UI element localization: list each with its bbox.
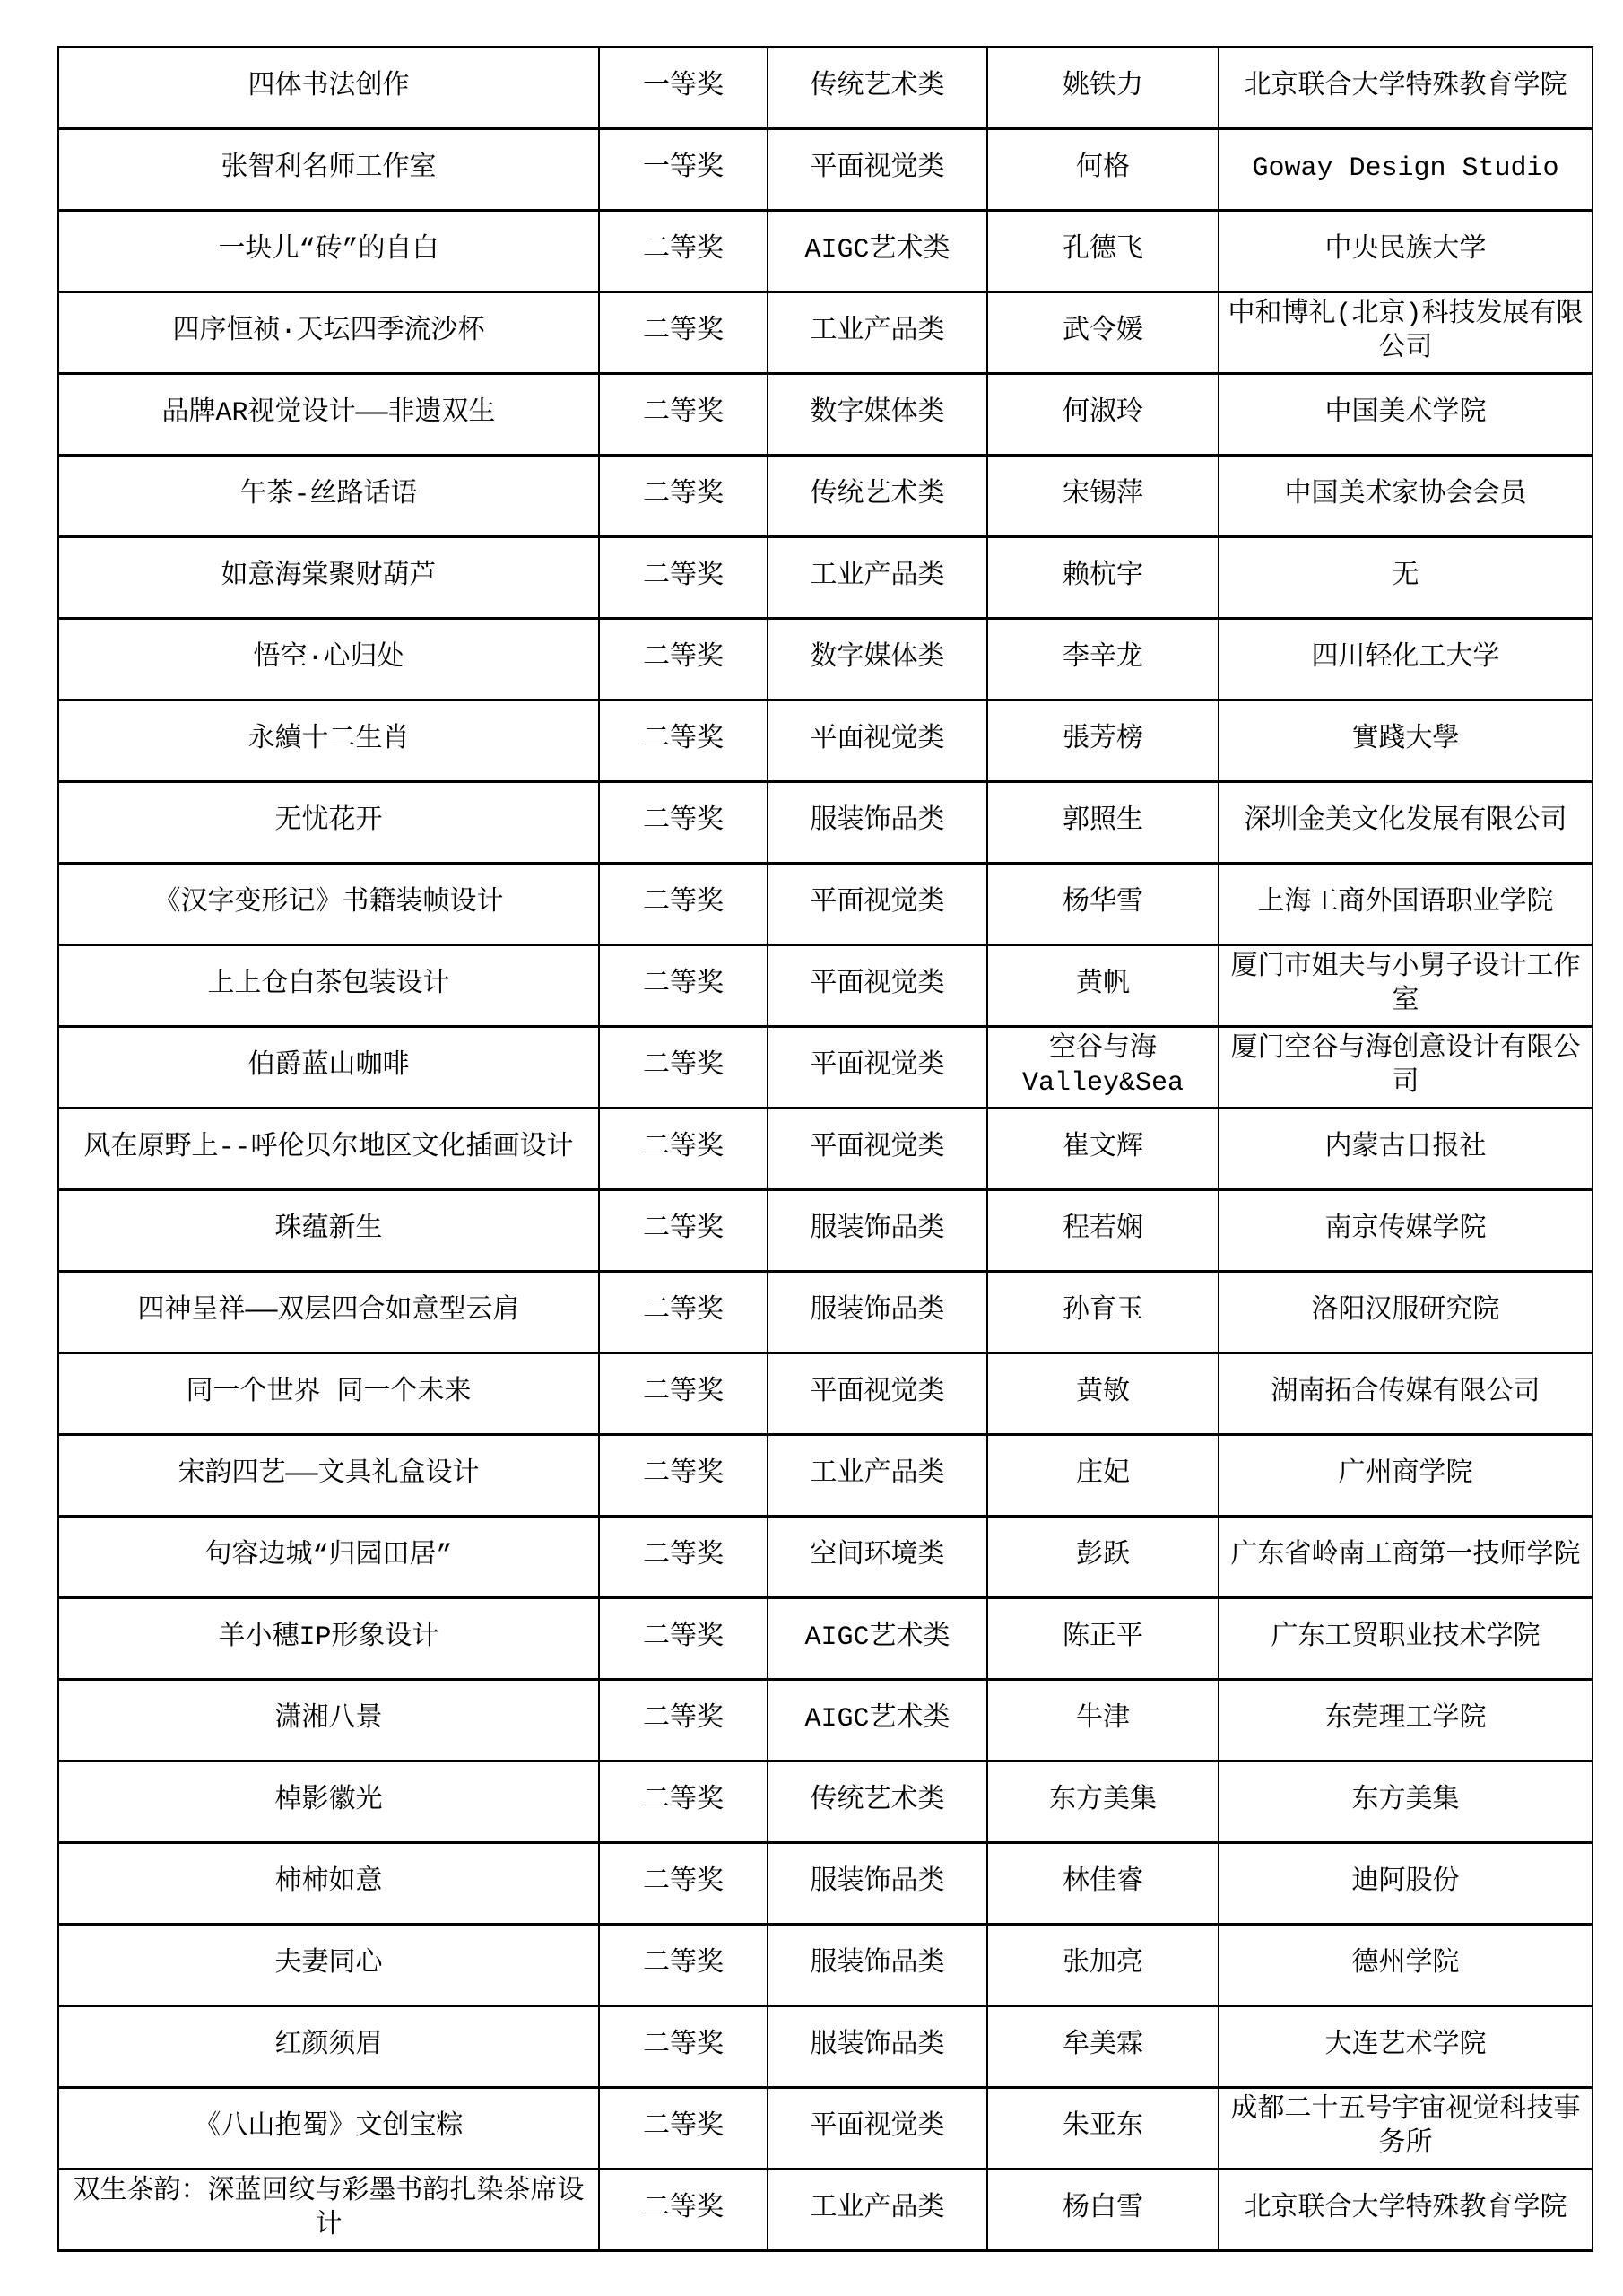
category-cell: 平面视觉类 xyxy=(768,945,987,1027)
awards-table-body: 四体书法创作一等奖传统艺术类姚铁力北京联合大学特殊教育学院张智利名师工作室一等奖… xyxy=(58,48,1593,2251)
award-level-cell: 二等奖 xyxy=(599,1109,768,1190)
award-level-cell: 二等奖 xyxy=(599,1598,768,1680)
table-row: 宋韵四艺——文具礼盒设计二等奖工业产品类庄妃广州商学院 xyxy=(58,1435,1593,1517)
award-level-cell: 一等奖 xyxy=(599,129,768,211)
table-row: 《汉字变形记》书籍装帧设计二等奖平面视觉类杨华雪上海工商外国语职业学院 xyxy=(58,864,1593,945)
work-title-cell: 红颜须眉 xyxy=(58,2006,599,2088)
category-cell: 数字媒体类 xyxy=(768,619,987,700)
organization-cell: 湖南拓合传媒有限公司 xyxy=(1219,1353,1593,1435)
organization-cell: 洛阳汉服研究院 xyxy=(1219,1272,1593,1353)
author-cell: 武令媛 xyxy=(987,292,1219,374)
organization-cell: 广东工贸职业技术学院 xyxy=(1219,1598,1593,1680)
author-cell: 牛津 xyxy=(987,1680,1219,1761)
category-cell: 传统艺术类 xyxy=(768,456,987,537)
author-cell: 李辛龙 xyxy=(987,619,1219,700)
work-title-cell: 潇湘八景 xyxy=(58,1680,599,1761)
organization-cell: 南京传媒学院 xyxy=(1219,1190,1593,1272)
work-title-cell: 四神呈祥——双层四合如意型云肩 xyxy=(58,1272,599,1353)
author-cell: 杨白雪 xyxy=(987,2170,1219,2251)
author-cell: 黄帆 xyxy=(987,945,1219,1027)
category-cell: 服装饰品类 xyxy=(768,1925,987,2006)
author-cell: 宋锡萍 xyxy=(987,456,1219,537)
author-cell: 林佳睿 xyxy=(987,1843,1219,1925)
category-cell: 平面视觉类 xyxy=(768,864,987,945)
work-title-cell: 午茶-丝路话语 xyxy=(58,456,599,537)
work-title-cell: 双生茶韵：深蓝回纹与彩墨书韵扎染茶席设计 xyxy=(58,2170,599,2251)
table-row: 上上仓白茶包装设计二等奖平面视觉类黄帆厦门市姐夫与小舅子设计工作室 xyxy=(58,945,1593,1027)
author-cell: 郭照生 xyxy=(987,782,1219,864)
work-title-cell: 夫妻同心 xyxy=(58,1925,599,2006)
organization-cell: 迪阿股份 xyxy=(1219,1843,1593,1925)
author-cell: 崔文辉 xyxy=(987,1109,1219,1190)
category-cell: 平面视觉类 xyxy=(768,1353,987,1435)
author-cell: 张加亮 xyxy=(987,1925,1219,2006)
work-title-cell: 四序恒祯·天坛四季流沙杯 xyxy=(58,292,599,374)
organization-cell: 厦门空谷与海创意设计有限公司 xyxy=(1219,1027,1593,1109)
author-cell: 程若娴 xyxy=(987,1190,1219,1272)
organization-cell: 广州商学院 xyxy=(1219,1435,1593,1517)
table-row: 四神呈祥——双层四合如意型云肩二等奖服装饰品类孙育玉洛阳汉服研究院 xyxy=(58,1272,1593,1353)
organization-cell: 东莞理工学院 xyxy=(1219,1680,1593,1761)
category-cell: 数字媒体类 xyxy=(768,374,987,456)
table-row: 品牌AR视觉设计——非遗双生二等奖数字媒体类何淑玲中国美术学院 xyxy=(58,374,1593,456)
award-level-cell: 二等奖 xyxy=(599,700,768,782)
author-cell: 牟美霖 xyxy=(987,2006,1219,2088)
award-level-cell: 二等奖 xyxy=(599,1353,768,1435)
award-level-cell: 二等奖 xyxy=(599,1925,768,2006)
author-cell: 空谷与海 Valley&Sea xyxy=(987,1027,1219,1109)
awards-table: 四体书法创作一等奖传统艺术类姚铁力北京联合大学特殊教育学院张智利名师工作室一等奖… xyxy=(57,46,1593,2252)
work-title-cell: 柿柿如意 xyxy=(58,1843,599,1925)
table-row: 同一个世界 同一个未来二等奖平面视觉类黄敏湖南拓合传媒有限公司 xyxy=(58,1353,1593,1435)
author-cell: 庄妃 xyxy=(987,1435,1219,1517)
category-cell: 工业产品类 xyxy=(768,537,987,619)
work-title-cell: 羊小穗IP形象设计 xyxy=(58,1598,599,1680)
category-cell: 服装饰品类 xyxy=(768,2006,987,2088)
organization-cell: 中国美术家协会会员 xyxy=(1219,456,1593,537)
award-level-cell: 二等奖 xyxy=(599,1680,768,1761)
work-title-cell: 一块儿“砖”的自白 xyxy=(58,211,599,292)
author-cell: 杨华雪 xyxy=(987,864,1219,945)
award-level-cell: 二等奖 xyxy=(599,2170,768,2251)
award-level-cell: 二等奖 xyxy=(599,537,768,619)
award-level-cell: 二等奖 xyxy=(599,374,768,456)
author-cell: 孔德飞 xyxy=(987,211,1219,292)
organization-cell: 成都二十五号宇宙视觉科技事务所 xyxy=(1219,2088,1593,2170)
award-level-cell: 二等奖 xyxy=(599,782,768,864)
award-level-cell: 二等奖 xyxy=(599,2088,768,2170)
table-row: 张智利名师工作室一等奖平面视觉类何格Goway Design Studio xyxy=(58,129,1593,211)
category-cell: 服装饰品类 xyxy=(768,1272,987,1353)
table-row: 悟空·心归处二等奖数字媒体类李辛龙四川轻化工大学 xyxy=(58,619,1593,700)
table-row: 午茶-丝路话语二等奖传统艺术类宋锡萍中国美术家协会会员 xyxy=(58,456,1593,537)
author-cell: 东方美集 xyxy=(987,1761,1219,1843)
organization-cell: Goway Design Studio xyxy=(1219,129,1593,211)
award-level-cell: 二等奖 xyxy=(599,945,768,1027)
organization-cell: 深圳金美文化发展有限公司 xyxy=(1219,782,1593,864)
author-cell: 朱亚东 xyxy=(987,2088,1219,2170)
work-title-cell: 品牌AR视觉设计——非遗双生 xyxy=(58,374,599,456)
work-title-cell: 《八山抱蜀》文创宝粽 xyxy=(58,2088,599,2170)
author-cell: 陈正平 xyxy=(987,1598,1219,1680)
author-cell: 彭跃 xyxy=(987,1517,1219,1598)
category-cell: AIGC艺术类 xyxy=(768,211,987,292)
work-title-cell: 宋韵四艺——文具礼盒设计 xyxy=(58,1435,599,1517)
work-title-cell: 永續十二生肖 xyxy=(58,700,599,782)
table-row: 一块儿“砖”的自白二等奖AIGC艺术类孔德飞中央民族大学 xyxy=(58,211,1593,292)
work-title-cell: 句容边城“归园田居” xyxy=(58,1517,599,1598)
organization-cell: 中国美术学院 xyxy=(1219,374,1593,456)
organization-cell: 东方美集 xyxy=(1219,1761,1593,1843)
work-title-cell: 伯爵蓝山咖啡 xyxy=(58,1027,599,1109)
category-cell: 平面视觉类 xyxy=(768,1109,987,1190)
table-row: 潇湘八景二等奖AIGC艺术类牛津东莞理工学院 xyxy=(58,1680,1593,1761)
award-level-cell: 二等奖 xyxy=(599,211,768,292)
table-row: 无忧花开二等奖服装饰品类郭照生深圳金美文化发展有限公司 xyxy=(58,782,1593,864)
award-level-cell: 二等奖 xyxy=(599,292,768,374)
author-cell: 孙育玉 xyxy=(987,1272,1219,1353)
organization-cell: 實踐大學 xyxy=(1219,700,1593,782)
table-row: 四序恒祯·天坛四季流沙杯二等奖工业产品类武令媛中和博礼(北京)科技发展有限公司 xyxy=(58,292,1593,374)
category-cell: 平面视觉类 xyxy=(768,129,987,211)
category-cell: 平面视觉类 xyxy=(768,700,987,782)
award-level-cell: 二等奖 xyxy=(599,1761,768,1843)
table-row: 句容边城“归园田居”二等奖空间环境类彭跃广东省岭南工商第一技师学院 xyxy=(58,1517,1593,1598)
category-cell: 服装饰品类 xyxy=(768,1843,987,1925)
work-title-cell: 悟空·心归处 xyxy=(58,619,599,700)
category-cell: 平面视觉类 xyxy=(768,1027,987,1109)
award-level-cell: 二等奖 xyxy=(599,456,768,537)
organization-cell: 北京联合大学特殊教育学院 xyxy=(1219,2170,1593,2251)
organization-cell: 四川轻化工大学 xyxy=(1219,619,1593,700)
table-row: 如意海棠聚财葫芦二等奖工业产品类赖杭宇无 xyxy=(58,537,1593,619)
work-title-cell: 张智利名师工作室 xyxy=(58,129,599,211)
category-cell: 空间环境类 xyxy=(768,1517,987,1598)
table-row: 双生茶韵：深蓝回纹与彩墨书韵扎染茶席设计二等奖工业产品类杨白雪北京联合大学特殊教… xyxy=(58,2170,1593,2251)
table-row: 棹影徽光二等奖传统艺术类东方美集东方美集 xyxy=(58,1761,1593,1843)
organization-cell: 厦门市姐夫与小舅子设计工作室 xyxy=(1219,945,1593,1027)
organization-cell: 无 xyxy=(1219,537,1593,619)
category-cell: 工业产品类 xyxy=(768,292,987,374)
award-level-cell: 二等奖 xyxy=(599,1435,768,1517)
work-title-cell: 如意海棠聚财葫芦 xyxy=(58,537,599,619)
work-title-cell: 珠蕴新生 xyxy=(58,1190,599,1272)
organization-cell: 内蒙古日报社 xyxy=(1219,1109,1593,1190)
organization-cell: 上海工商外国语职业学院 xyxy=(1219,864,1593,945)
table-row: 《八山抱蜀》文创宝粽二等奖平面视觉类朱亚东成都二十五号宇宙视觉科技事务所 xyxy=(58,2088,1593,2170)
category-cell: 工业产品类 xyxy=(768,2170,987,2251)
author-cell: 姚铁力 xyxy=(987,48,1219,129)
table-row: 风在原野上--呼伦贝尔地区文化插画设计二等奖平面视觉类崔文辉内蒙古日报社 xyxy=(58,1109,1593,1190)
work-title-cell: 四体书法创作 xyxy=(58,48,599,129)
organization-cell: 广东省岭南工商第一技师学院 xyxy=(1219,1517,1593,1598)
table-row: 夫妻同心二等奖服装饰品类张加亮德州学院 xyxy=(58,1925,1593,2006)
table-row: 伯爵蓝山咖啡二等奖平面视觉类空谷与海 Valley&Sea厦门空谷与海创意设计有… xyxy=(58,1027,1593,1109)
table-row: 羊小穗IP形象设计二等奖AIGC艺术类陈正平广东工贸职业技术学院 xyxy=(58,1598,1593,1680)
work-title-cell: 棹影徽光 xyxy=(58,1761,599,1843)
award-level-cell: 二等奖 xyxy=(599,1517,768,1598)
table-row: 永續十二生肖二等奖平面视觉类張芳榜實踐大學 xyxy=(58,700,1593,782)
award-level-cell: 二等奖 xyxy=(599,2006,768,2088)
author-cell: 黄敏 xyxy=(987,1353,1219,1435)
award-level-cell: 二等奖 xyxy=(599,1272,768,1353)
organization-cell: 大连艺术学院 xyxy=(1219,2006,1593,2088)
table-row: 珠蕴新生二等奖服装饰品类程若娴南京传媒学院 xyxy=(58,1190,1593,1272)
award-level-cell: 二等奖 xyxy=(599,864,768,945)
work-title-cell: 同一个世界 同一个未来 xyxy=(58,1353,599,1435)
author-cell: 張芳榜 xyxy=(987,700,1219,782)
award-level-cell: 一等奖 xyxy=(599,48,768,129)
author-cell: 何格 xyxy=(987,129,1219,211)
table-row: 四体书法创作一等奖传统艺术类姚铁力北京联合大学特殊教育学院 xyxy=(58,48,1593,129)
award-level-cell: 二等奖 xyxy=(599,1027,768,1109)
category-cell: 服装饰品类 xyxy=(768,782,987,864)
category-cell: 传统艺术类 xyxy=(768,48,987,129)
award-level-cell: 二等奖 xyxy=(599,619,768,700)
organization-cell: 中央民族大学 xyxy=(1219,211,1593,292)
work-title-cell: 上上仓白茶包装设计 xyxy=(58,945,599,1027)
author-cell: 何淑玲 xyxy=(987,374,1219,456)
organization-cell: 北京联合大学特殊教育学院 xyxy=(1219,48,1593,129)
award-level-cell: 二等奖 xyxy=(599,1190,768,1272)
author-cell: 赖杭宇 xyxy=(987,537,1219,619)
work-title-cell: 无忧花开 xyxy=(58,782,599,864)
work-title-cell: 《汉字变形记》书籍装帧设计 xyxy=(58,864,599,945)
category-cell: AIGC艺术类 xyxy=(768,1598,987,1680)
award-level-cell: 二等奖 xyxy=(599,1843,768,1925)
category-cell: 服装饰品类 xyxy=(768,1190,987,1272)
category-cell: 平面视觉类 xyxy=(768,2088,987,2170)
table-row: 红颜须眉二等奖服装饰品类牟美霖大连艺术学院 xyxy=(58,2006,1593,2088)
organization-cell: 中和博礼(北京)科技发展有限公司 xyxy=(1219,292,1593,374)
table-row: 柿柿如意二等奖服装饰品类林佳睿迪阿股份 xyxy=(58,1843,1593,1925)
work-title-cell: 风在原野上--呼伦贝尔地区文化插画设计 xyxy=(58,1109,599,1190)
category-cell: AIGC艺术类 xyxy=(768,1680,987,1761)
organization-cell: 德州学院 xyxy=(1219,1925,1593,2006)
category-cell: 传统艺术类 xyxy=(768,1761,987,1843)
category-cell: 工业产品类 xyxy=(768,1435,987,1517)
